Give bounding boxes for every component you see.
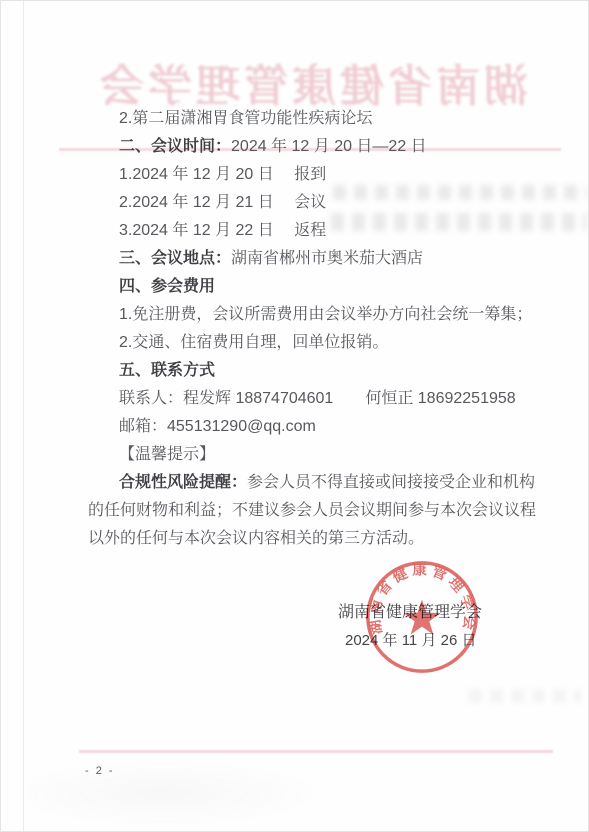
notice-line-3: 以外的任何与本次会议内容相关的第三方活动。 bbox=[88, 525, 544, 553]
schedule-item: 1.2024 年 12 月 20 日 报到 bbox=[88, 161, 544, 189]
document-body: 2.第二届潇湘胃食管功能性疾病论坛 二、会议时间：2024 年 12 月 20 … bbox=[88, 105, 544, 553]
email-line: 邮箱：455131290@qq.com bbox=[88, 413, 544, 441]
scan-fold-line bbox=[23, 1, 24, 831]
venue-value: 湖南省郴州市奥米茄大酒店 bbox=[231, 250, 423, 267]
bleedthrough-smudge bbox=[29, 761, 329, 825]
bleedthrough-footer-line bbox=[79, 750, 553, 753]
official-seal: 湖南省健康管理学会 bbox=[364, 559, 480, 675]
meeting-time-line: 二、会议时间：2024 年 12 月 20 日—22 日 bbox=[88, 133, 544, 161]
bleedthrough-text-smudge bbox=[469, 689, 581, 703]
page-number: - 2 - bbox=[85, 765, 115, 777]
fee-item: 1.免注册费，会议所需费用由会议举办方向社会统一筹集； bbox=[88, 301, 544, 329]
fee-heading: 四、参会费用 bbox=[88, 273, 544, 301]
notice-bold-lead: 合规性风险提醒： bbox=[119, 474, 247, 491]
forum-line: 2.第二届潇湘胃食管功能性疾病论坛 bbox=[88, 105, 544, 133]
scanned-document-page: 湖南省健康管理学会 2.第二届潇湘胃食管功能性疾病论坛 二、会议时间：2024 … bbox=[0, 0, 589, 832]
fee-item: 2.交通、住宿费用自理，回单位报销。 bbox=[88, 329, 544, 357]
venue-heading: 三、会议地点： bbox=[119, 250, 231, 267]
notice-line-1-rest: 参会人员不得直接或间接接受企业和机构 bbox=[247, 474, 535, 491]
notice-title: 【温馨提示】 bbox=[88, 441, 544, 469]
seal-star-icon bbox=[404, 600, 441, 635]
notice-line-2: 的任何财物和利益；不建议参会人员会议期间参与本次会议议程 bbox=[88, 497, 544, 525]
meeting-time-heading: 二、会议时间： bbox=[119, 138, 231, 155]
contact-heading: 五、联系方式 bbox=[88, 357, 544, 385]
meeting-time-value: 2024 年 12 月 20 日—22 日 bbox=[231, 138, 427, 155]
contact-line: 联系人：程发辉 18874704601 何恒正 18692251958 bbox=[88, 385, 544, 413]
schedule-item: 3.2024 年 12 月 22 日 返程 bbox=[88, 217, 544, 245]
venue-line: 三、会议地点：湖南省郴州市奥米茄大酒店 bbox=[88, 245, 544, 273]
schedule-item: 2.2024 年 12 月 21 日 会议 bbox=[88, 189, 544, 217]
notice-line-1: 合规性风险提醒：参会人员不得直接或间接接受企业和机构 bbox=[88, 469, 544, 497]
